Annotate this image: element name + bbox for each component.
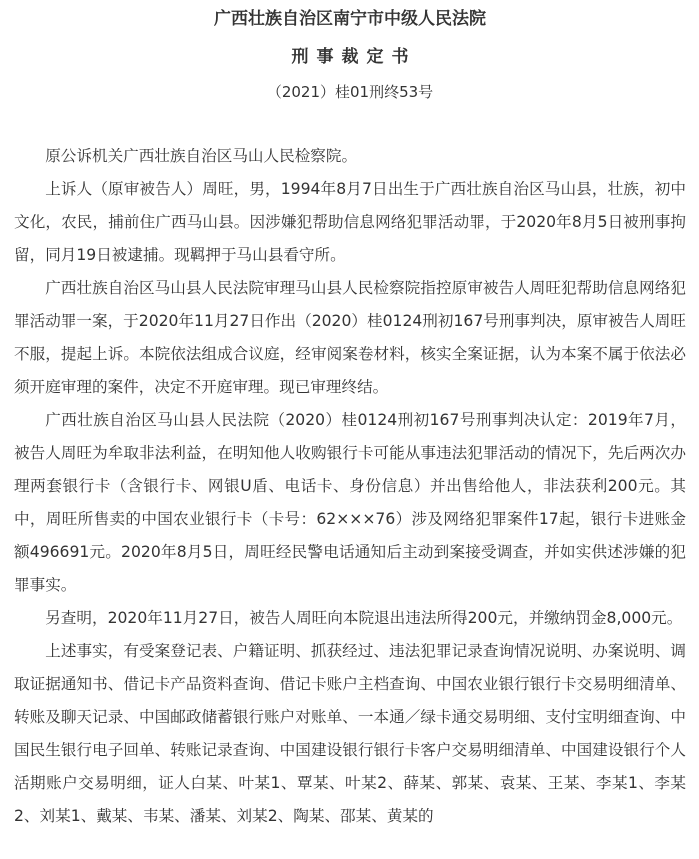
paragraph-prosecutor: 原公诉机关广西壮族自治区马山人民检察院。 <box>14 140 686 173</box>
paragraph-first-instance-findings: 广西壮族自治区马山县人民法院（2020）桂0124刑初167号刑事判决认定：20… <box>14 404 686 602</box>
paragraph-appellant: 上诉人（原审被告人）周旺，男，1994年8月7日出生于广西壮族自治区马山县，壮族… <box>14 173 686 272</box>
case-number: （2021）桂01刑终53号 <box>14 82 686 104</box>
court-name: 广西壮族自治区南宁市中级人民法院 <box>14 8 686 32</box>
paragraph-procedure: 广西壮族自治区马山县人民法院审理马山县人民检察院指控原审被告人周旺犯帮助信息网络… <box>14 272 686 404</box>
paragraph-further-findings: 另查明，2020年11月27日，被告人周旺向本院退出违法所得200元，并缴纳罚金… <box>14 602 686 635</box>
paragraph-evidence: 上述事实，有受案登记表、户籍证明、抓获经过、违法犯罪记录查询情况说明、办案说明、… <box>14 635 686 833</box>
document-body: 原公诉机关广西壮族自治区马山人民检察院。 上诉人（原审被告人）周旺，男，1994… <box>14 140 686 833</box>
document: 广西壮族自治区南宁市中级人民法院 刑事裁定书 （2021）桂01刑终53号 原公… <box>0 8 699 833</box>
document-title: 刑事裁定书 <box>14 46 686 70</box>
